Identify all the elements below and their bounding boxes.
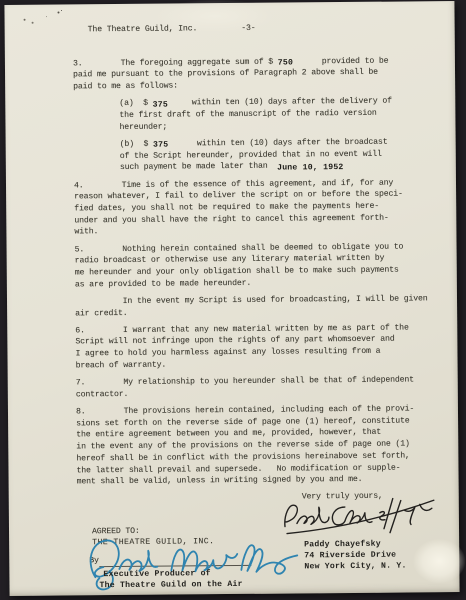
- signature-area: Paddy Chayefsky 74 Riverside Drive New Y…: [77, 502, 422, 593]
- text-line: contractor.: [76, 386, 420, 401]
- subparagraph-a: (a) $ 375 within ten (10) days after the…: [119, 96, 417, 134]
- page-header: The Theatre Guild, Inc.-3-: [88, 21, 417, 36]
- by-label: By: [89, 556, 99, 568]
- closing-salutation: Very truly yours,: [302, 491, 421, 504]
- text-line: breach of warranty.: [76, 357, 420, 372]
- document-body: The Theatre Guild, Inc.-3- 3. The forego…: [4, 1, 459, 594]
- company-name: The Theatre Guild, Inc.: [88, 24, 198, 34]
- text-line: paid to me as follows:: [73, 78, 417, 93]
- filled-amount: 375: [153, 141, 168, 150]
- author-address-line2: New York City, N. Y.: [304, 561, 406, 574]
- text-segment: within ten (10) days after the broadcast: [168, 138, 387, 149]
- paragraph-7: 7. My relationship to you hereunder shal…: [76, 374, 420, 400]
- paragraph-3: 3. The foregoing aggregate sum of $ 750 …: [73, 55, 417, 93]
- paragraph-6: 6. I warrant that any new material writt…: [75, 322, 419, 372]
- guild-title-line2: The Theatre Guild on the Air: [99, 579, 242, 592]
- paragraph-5-continued: In the event my Script is used for broad…: [75, 293, 419, 319]
- text-segment: (a) $: [119, 99, 152, 108]
- text-segment: within ten (10) days after the delivery …: [168, 97, 392, 108]
- text-segment: (b) $: [120, 140, 153, 149]
- contract-page: The Theatre Guild, Inc.-3- 3. The forego…: [4, 1, 459, 596]
- text-segment: such payment be made later than: [120, 162, 277, 172]
- text-line: ment shall be valid, unless in writing s…: [77, 474, 421, 489]
- filled-amount: 375: [153, 100, 168, 109]
- paragraph-4: 4. Time is of the essence of this agreem…: [74, 177, 418, 239]
- text-line: hereunder;: [119, 119, 417, 133]
- filled-amount: 750: [278, 59, 293, 68]
- by-signature-row: By: [89, 554, 251, 567]
- text-line: such payment be made later than June 10,…: [120, 160, 418, 174]
- filled-date: June 10, 1952: [277, 163, 344, 173]
- text-segment: 3. The foregoing aggregate sum of $: [73, 57, 278, 68]
- guild-company-name: THE THEATRE GUILD, INC.: [92, 536, 214, 549]
- scan-background: The Theatre Guild, Inc.-3- 3. The forego…: [0, 0, 466, 600]
- paragraph-8: 8. The provisions herein contained, incl…: [76, 403, 421, 488]
- text-line: air credit.: [75, 305, 419, 320]
- text-segment: provided to be: [293, 56, 388, 66]
- text-line: as are provided to be made hereunder.: [75, 276, 419, 291]
- paragraph-5: 5. Nothing herein contained shall be dee…: [75, 241, 419, 291]
- signature-rule-line: [99, 554, 251, 567]
- page-number: -3-: [241, 24, 255, 33]
- paragraph-lines: paid me pursuant to the provisions of Pa…: [73, 67, 417, 93]
- subparagraph-b: (b) $ 375 within ten (10) days after the…: [120, 136, 418, 174]
- paragraph-lines: the first draft of the manuscript of the…: [119, 107, 417, 133]
